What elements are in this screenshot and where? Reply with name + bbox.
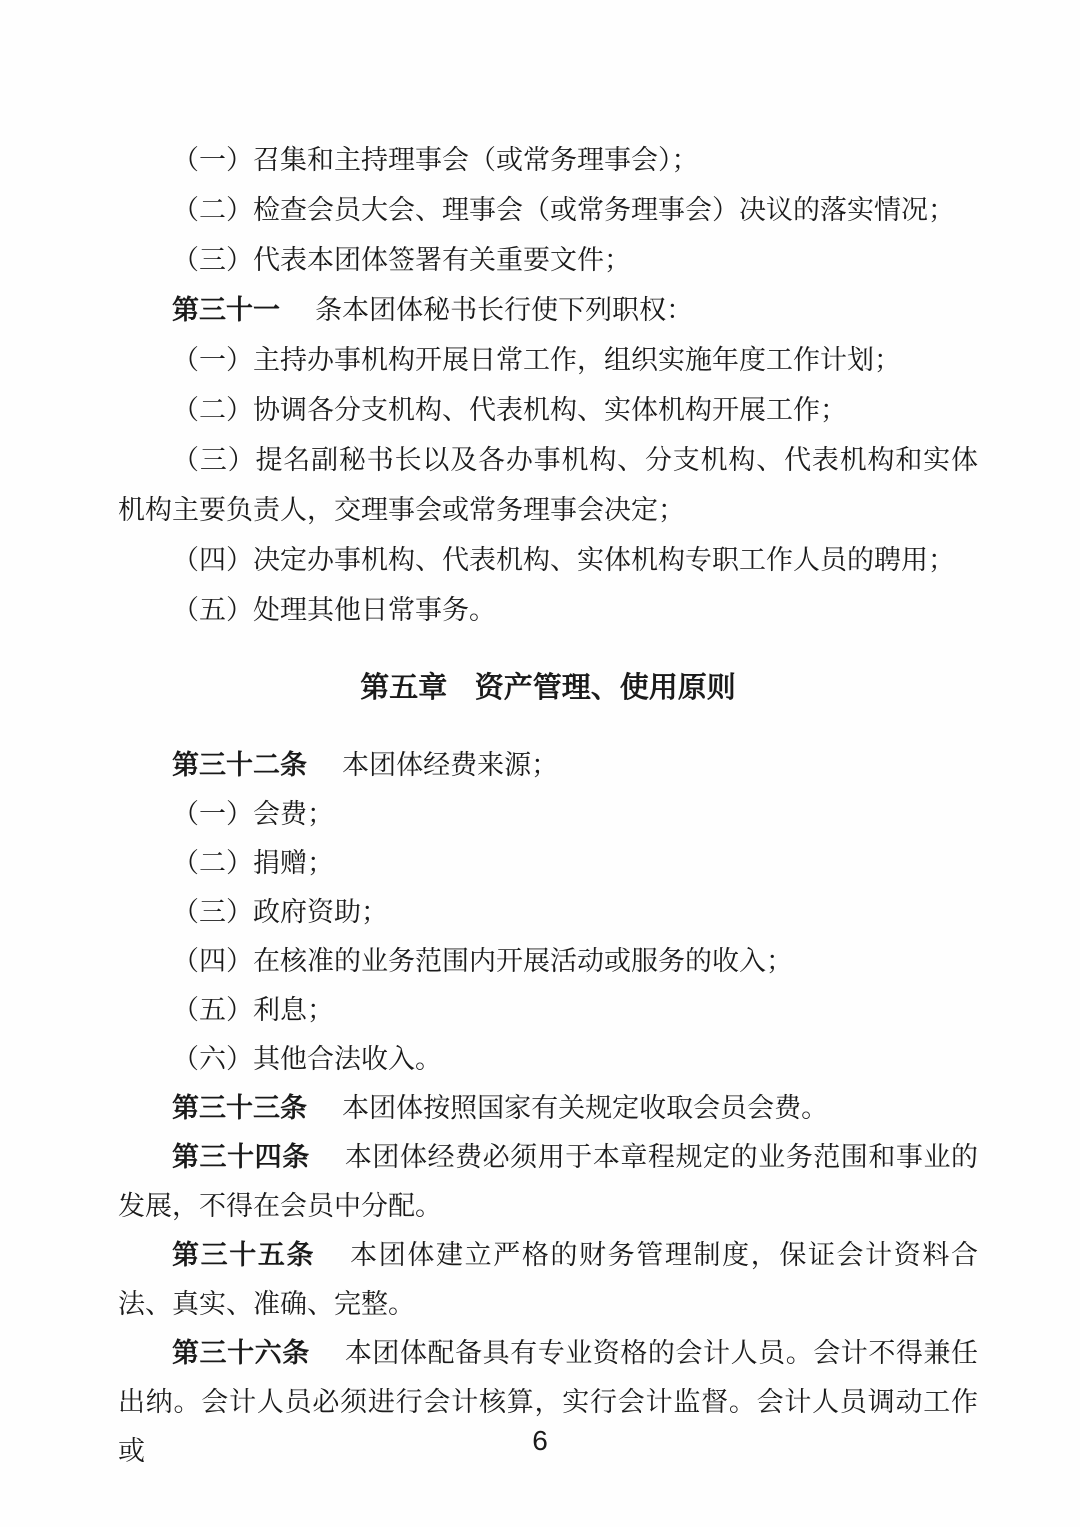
list-item: （四）决定办事机构、代表机构、实体机构专职工作人员的聘用；: [118, 535, 978, 585]
article-text: 条本团体秘书长行使下列职权：: [315, 295, 693, 325]
chapter-number: 第五章: [360, 672, 447, 704]
article-paragraph: 第三十一条本团体秘书长行使下列职权：: [118, 285, 978, 335]
list-item: （二）检查会员大会、理事会（或常务理事会）决议的落实情况；: [118, 185, 978, 235]
list-item: （二）协调各分支机构、代表机构、实体机构开展工作；: [118, 385, 978, 435]
article-text: 本团体按照国家有关规定收取会员会费。: [342, 1093, 828, 1123]
document-page: （一）召集和主持理事会（或常务理事会）； （二）检查会员大会、理事会（或常务理事…: [0, 0, 1080, 1527]
article-number: 第三十六条: [172, 1338, 310, 1368]
list-item: （六）其他合法收入。: [118, 1035, 978, 1084]
list-item: （一）会费；: [118, 790, 978, 839]
list-item: （一）召集和主持理事会（或常务理事会）；: [118, 135, 978, 185]
article-paragraph: 第三十五条本团体建立严格的财务管理制度，保证会计资料合法、真实、准确、完整。: [118, 1231, 978, 1329]
list-item: （五）利息；: [118, 986, 978, 1035]
article-paragraph: 第三十二条本团体经费来源；: [118, 741, 978, 790]
list-item: （一）主持办事机构开展日常工作，组织实施年度工作计划；: [118, 335, 978, 385]
page-content: （一）召集和主持理事会（或常务理事会）； （二）检查会员大会、理事会（或常务理事…: [118, 135, 978, 1476]
article-number: 第三十五条: [172, 1240, 315, 1270]
chapter-heading: 第五章资产管理、使用原则: [118, 663, 978, 713]
section-secretary-duties: （一）召集和主持理事会（或常务理事会）； （二）检查会员大会、理事会（或常务理事…: [118, 135, 978, 635]
article-text: 本团体经费来源；: [342, 750, 558, 780]
list-item: （三）提名副秘书长以及各办事机构、分支机构、代表机构和实体机构主要负责人，交理事…: [118, 435, 978, 535]
article-number: 第三十四条: [172, 1142, 310, 1172]
page-number: 6: [0, 1424, 1080, 1458]
list-item: （四）在核准的业务范围内开展活动或服务的收入；: [118, 937, 978, 986]
list-item: （三）代表本团体签署有关重要文件；: [118, 235, 978, 285]
list-item: （五）处理其他日常事务。: [118, 585, 978, 635]
article-paragraph: 第三十四条本团体经费必须用于本章程规定的业务范围和事业的发展，不得在会员中分配。: [118, 1133, 978, 1231]
article-number: 第三十三条: [172, 1093, 307, 1123]
article-number: 第三十二条: [172, 750, 307, 780]
section-asset-management: 第三十二条本团体经费来源； （一）会费； （二）捐赠； （三）政府资助； （四）…: [118, 741, 978, 1476]
list-item: （三）政府资助；: [118, 888, 978, 937]
article-number: 第三十一: [172, 295, 280, 325]
list-item: （二）捐赠；: [118, 839, 978, 888]
chapter-title: 资产管理、使用原则: [475, 672, 736, 704]
article-paragraph: 第三十三条本团体按照国家有关规定收取会员会费。: [118, 1084, 978, 1133]
